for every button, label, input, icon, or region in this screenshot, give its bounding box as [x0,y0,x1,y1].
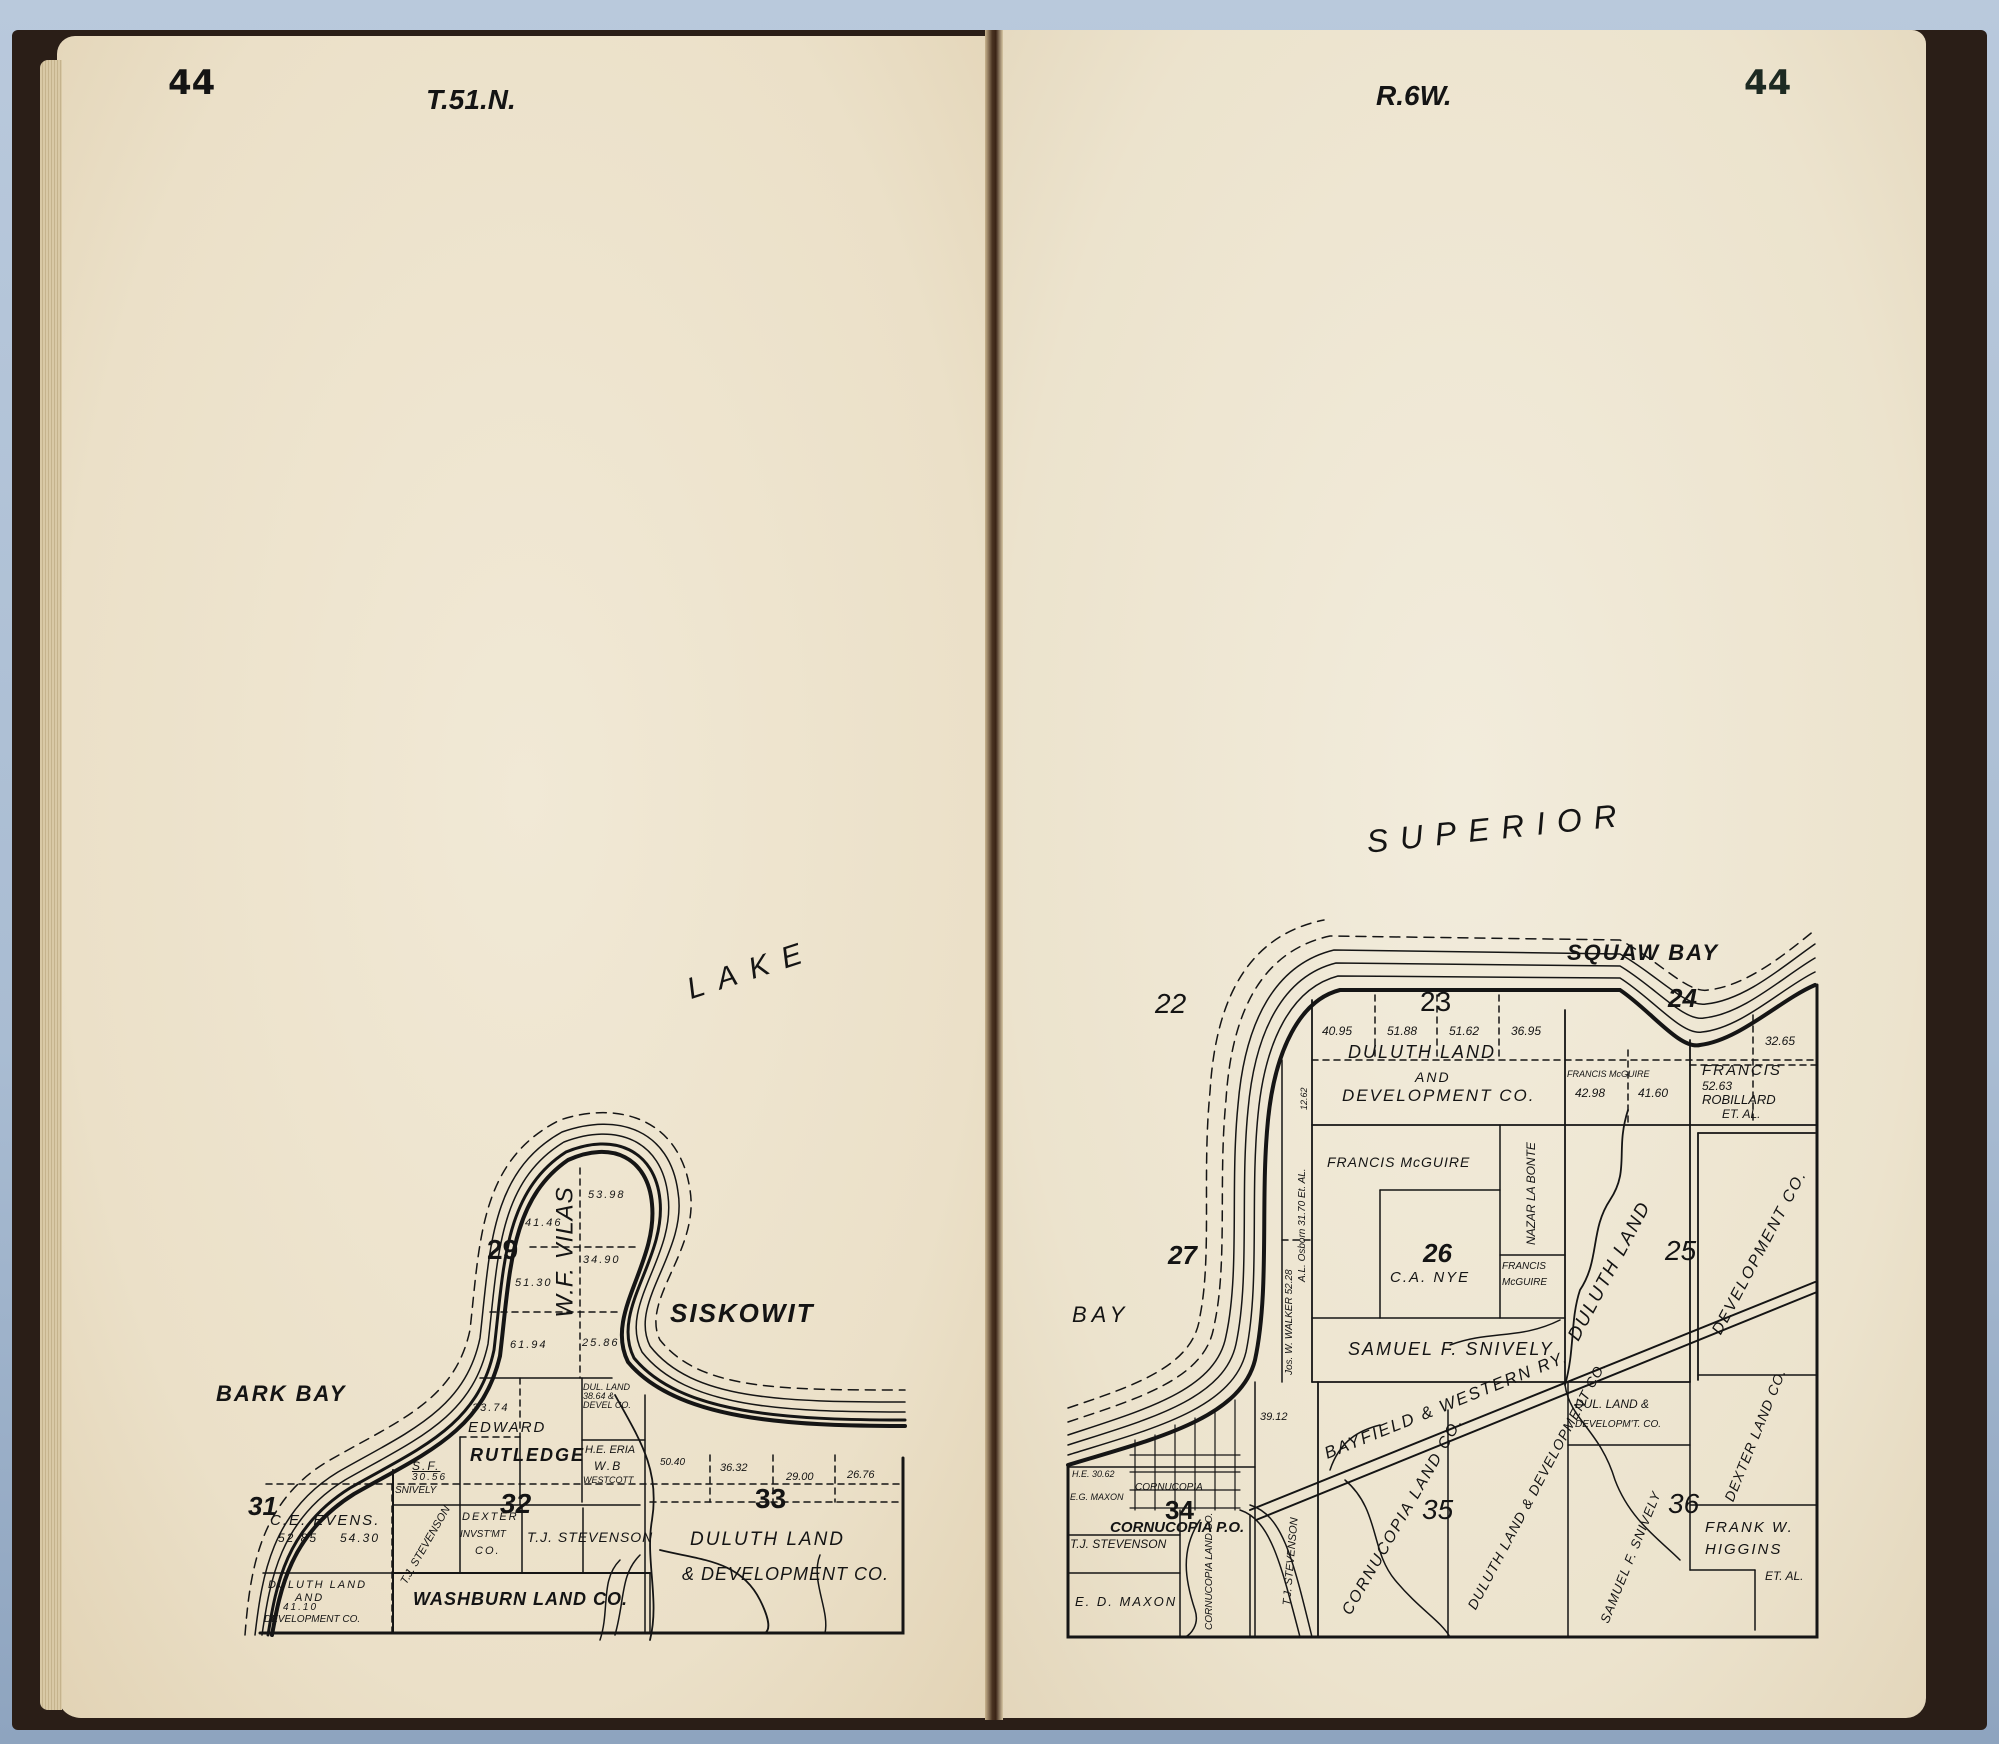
owner-ed-maxon: E. D. MAXON [1075,1595,1177,1608]
acreage-39-12: 39.12 [1260,1412,1288,1423]
acreage-52-63: 52.63 [1702,1080,1732,1092]
owner-nazar-labonte: NAZAR LA BONTE [1525,1142,1537,1245]
acreage-42-98: 42.98 [1575,1087,1605,1099]
owner-samuel-f-snively-26: SAMUEL F. SNIVELY [1348,1340,1554,1358]
squaw-bay-label: SQUAW BAY [1567,942,1719,964]
acreage-12-62: 12.62 [1300,1087,1309,1110]
owner-dul-land-36a: DUL. LAND & [1575,1398,1649,1410]
right-map-linework [0,0,1999,1744]
acreage-51-88: 51.88 [1387,1025,1417,1037]
cornucopia-town-label: CORNUCOPIA [1135,1483,1203,1493]
section-26-number: 26 [1423,1240,1452,1266]
owner-mcguire-26b: McGUIRE [1502,1278,1547,1288]
owner-higgins: HIGGINS [1705,1542,1782,1557]
owner-cornucopia-land-vertical: CORNUCOPIA LAND CO. [1205,1513,1215,1630]
acreage-36-95: 36.95 [1511,1025,1541,1037]
section-36-number: 36 [1668,1490,1699,1518]
bay-label: BAY [1072,1304,1129,1326]
acreage-41-60: 41.60 [1638,1087,1668,1099]
section-35-number: 35 [1422,1496,1453,1524]
acreage-51-62: 51.62 [1449,1025,1479,1037]
section-24-number: 24 [1668,985,1697,1011]
et-al-24: ET. AL. [1722,1108,1760,1120]
owner-tj-stevenson-34: T.J. STEVENSON [1070,1538,1166,1550]
owner-he-30-62: H.E. 30.62 [1072,1470,1115,1479]
owner-duluth-land-23: DULUTH LAND [1348,1043,1496,1061]
owner-robillard: ROBILLARD [1702,1093,1776,1106]
acreage-32-65: 32.65 [1765,1035,1795,1047]
section-27-number: 27 [1168,1242,1197,1268]
acreage-40-95: 40.95 [1322,1025,1352,1037]
owner-francis-mcguire-small: FRANCIS McGUIRE [1567,1070,1650,1079]
owner-jos-w-walker: Jos. W. WALKER 52.28 [1285,1269,1295,1375]
et-al-36: ET. AL. [1765,1570,1803,1582]
cornucopia-po-label: CORNUCOPIA P.O. [1110,1520,1244,1535]
owner-development-co-23: DEVELOPMENT CO. [1342,1087,1535,1104]
section-23-number: 23 [1420,988,1451,1016]
section-22-number: 22 [1155,990,1186,1018]
section-25-number: 25 [1665,1237,1696,1265]
owner-frank-w: FRANK W. [1705,1520,1794,1535]
owner-francis-26b: FRANCIS [1502,1262,1546,1272]
owner-eg-maxon: E.G. MAXON [1070,1493,1124,1502]
owner-francis-robillard-1: FRANCIS [1702,1063,1782,1078]
owner-dul-land-36b: DEVELOPM'T. CO. [1575,1420,1661,1430]
owner-duluth-and-23: AND [1415,1070,1451,1084]
owner-ca-nye: C.A. NYE [1390,1270,1470,1285]
owner-francis-mcguire-26: FRANCIS McGUIRE [1327,1155,1470,1169]
owner-al-osborn: A.L. Osborn 31.70 Et. AL. [1298,1168,1308,1282]
